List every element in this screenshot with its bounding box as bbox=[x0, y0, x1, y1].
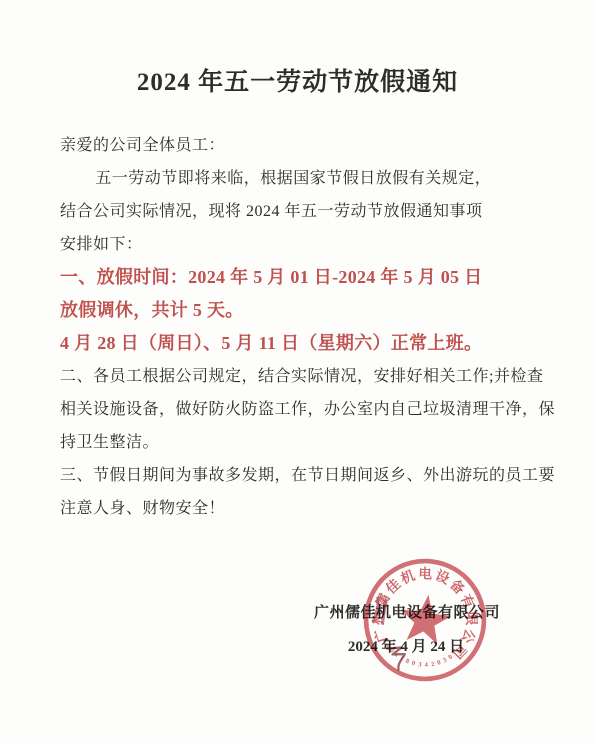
item2-line-2: 相关设施设备，做好防火防盗工作，办公室内自己垃圾清理干净，保 bbox=[60, 393, 540, 426]
intro-line-2: 结合公司实际情况，现将 2024 年五一劳动节放假通知事项 bbox=[60, 195, 540, 228]
item3-line-1: 三、节假日期间为事故多发期，在节日期间返乡、外出游玩的员工要 bbox=[60, 459, 540, 492]
company-seal-stamp: 广州儒佳机电设备有限公司 4401180342030 bbox=[353, 548, 498, 693]
holiday-dates-line-2: 放假调休，共计 5 天。 bbox=[60, 294, 540, 327]
seal-star-icon bbox=[397, 591, 453, 645]
document-body: 亲爱的公司全体员工： 五一劳动节即将来临，根据国家节假日放假有关规定， 结合公司… bbox=[60, 129, 540, 525]
workday-adjustment-line: 4 月 28 日（周日）、5 月 11 日（星期六）正常上班。 bbox=[60, 327, 540, 360]
item3-line-2: 注意人身、财物安全！ bbox=[60, 492, 540, 525]
intro-line-1: 五一劳动节即将来临，根据国家节假日放假有关规定， bbox=[60, 162, 540, 195]
item2-line-1: 二、各员工根据公司规定，结合实际情况，安排好相关工作;并检查 bbox=[60, 360, 540, 393]
holiday-dates-line-1: 一、放假时间：2024 年 5 月 01 日-2024 年 5 月 05 日 bbox=[60, 261, 540, 294]
document-title: 2024 年五一劳动节放假通知 bbox=[0, 62, 595, 98]
item2-line-3: 持卫生整洁。 bbox=[60, 426, 540, 459]
salutation: 亲爱的公司全体员工： bbox=[60, 129, 540, 162]
holiday-notice-document: 2024 年五一劳动节放假通知 亲爱的公司全体员工： 五一劳动节即将来临，根据国… bbox=[0, 0, 595, 743]
intro-line-3: 安排如下： bbox=[60, 228, 540, 261]
